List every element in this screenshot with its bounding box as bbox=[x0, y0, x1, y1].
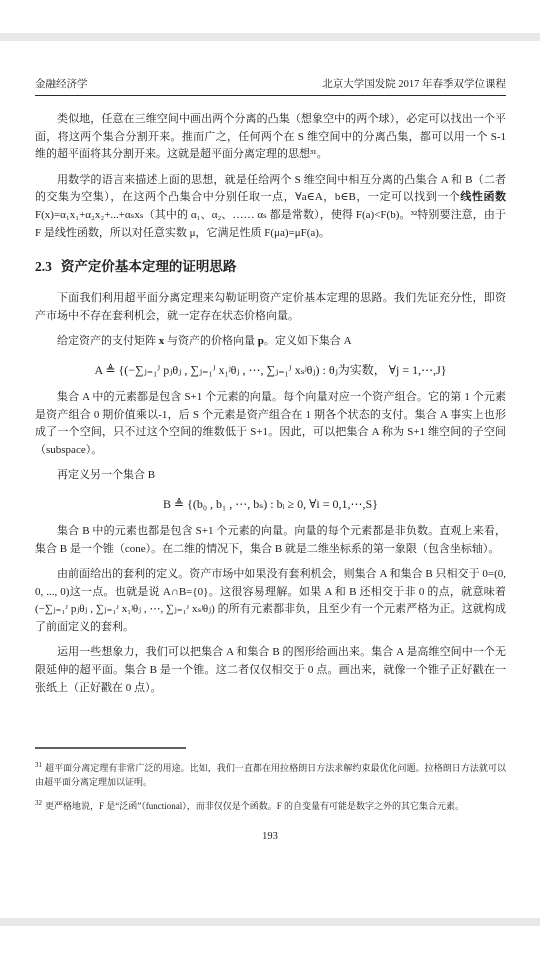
formula-set-b-definition: B ≜ {(b₀ , b₁ , ⋯, bₛ) : bᵢ ≥ 0, ∀i = 0,… bbox=[35, 493, 506, 515]
document-page: 金融经济学 北京大学国发院 2017 年春季双学位课程 类似地，任意在三维空间中… bbox=[0, 41, 540, 918]
footnote-32: 32更严格地说，F 是“泛函”（functional），而非仅仅是个函数。F 的… bbox=[35, 797, 506, 814]
paragraph-set-a-explanation: 集合 A 中的元素都是包含 S+1 个元素的向量。每个向量对应一个资产组合。它的… bbox=[35, 389, 506, 459]
footnote-32-marker: 32 bbox=[35, 799, 42, 807]
section-number: 2.3 bbox=[35, 259, 52, 274]
footnote-separator-rule bbox=[35, 747, 186, 749]
paragraph-proof-outline: 下面我们利用超平面分离定理来勾勒证明资产定价基本定理的思路。我们先证充分性，即资… bbox=[35, 290, 506, 325]
next-page-top-edge bbox=[0, 926, 540, 960]
footnote-31-marker: 31 bbox=[35, 761, 42, 769]
header-institution: 北京大学国发院 2017 年春季双学位课程 bbox=[322, 78, 506, 92]
paragraph-separation-theorem: 类似地，任意在三维空间中画出两个分离的凸集（想象空中的两个球），必定可以找出一个… bbox=[35, 111, 506, 164]
page-gap-separator-top bbox=[0, 33, 540, 41]
footnote-area: 31超平面分离定理有非常广泛的用途。比如，我们一直都在用拉格朗日方法求解约束最优… bbox=[35, 747, 506, 822]
section-title: 资产定价基本定理的证明思路 bbox=[61, 259, 237, 274]
formula-set-a-definition: A ≜ {(−∑ⱼ₌₁ᴶ pⱼθⱼ , ∑ⱼ₌₁ᴶ x₁ʲθⱼ , ⋯, ∑ⱼ₌… bbox=[35, 359, 506, 381]
linear-function-bold-term: 线性函数 bbox=[460, 191, 506, 203]
pdf-viewer-canvas: { "header": { "course": "金融经济学", "instit… bbox=[0, 0, 540, 960]
paragraph-set-b-explanation: 集合 B 中的元素也都是包含 S+1 个元素的向量。向量的每个元素都是非负数。直… bbox=[35, 523, 506, 558]
page-body: 类似地，任意在三维空间中画出两个分离的凸集（想象空中的两个球），必定可以找出一个… bbox=[35, 111, 506, 697]
page-number: 193 bbox=[0, 831, 540, 842]
page-header: 金融经济学 北京大学国发院 2017 年春季双学位课程 bbox=[35, 78, 506, 96]
footnote-31: 31超平面分离定理有非常广泛的用途。比如，我们一直都在用拉格朗日方法求解约束最优… bbox=[35, 759, 506, 789]
paragraph-define-set-b: 再定义另一个集合 B bbox=[35, 467, 506, 485]
header-course-title: 金融经济学 bbox=[35, 78, 88, 92]
previous-page-bottom-edge bbox=[0, 0, 540, 33]
page-gap-separator-bottom bbox=[0, 918, 540, 926]
paragraph-geometric-picture: 运用一些想象力，我们可以把集合 A 和集合 B 的图形给画出来。集合 A 是高维… bbox=[35, 644, 506, 697]
paragraph-math-description: 用数学的语言来描述上面的思想，就是任给两个 S 维空间中相互分离的凸集合 A 和… bbox=[35, 172, 506, 242]
section-heading: 2.3资产定价基本定理的证明思路 bbox=[35, 255, 506, 275]
paragraph-no-arbitrage-intersection: 由前面给出的套利的定义。资产市场中如果没有套利机会，则集合 A 和集合 B 只相… bbox=[35, 566, 506, 636]
paragraph-define-set-a: 给定资产的支付矩阵 x 与资产的价格向量 p。定义如下集合 A bbox=[35, 333, 506, 351]
